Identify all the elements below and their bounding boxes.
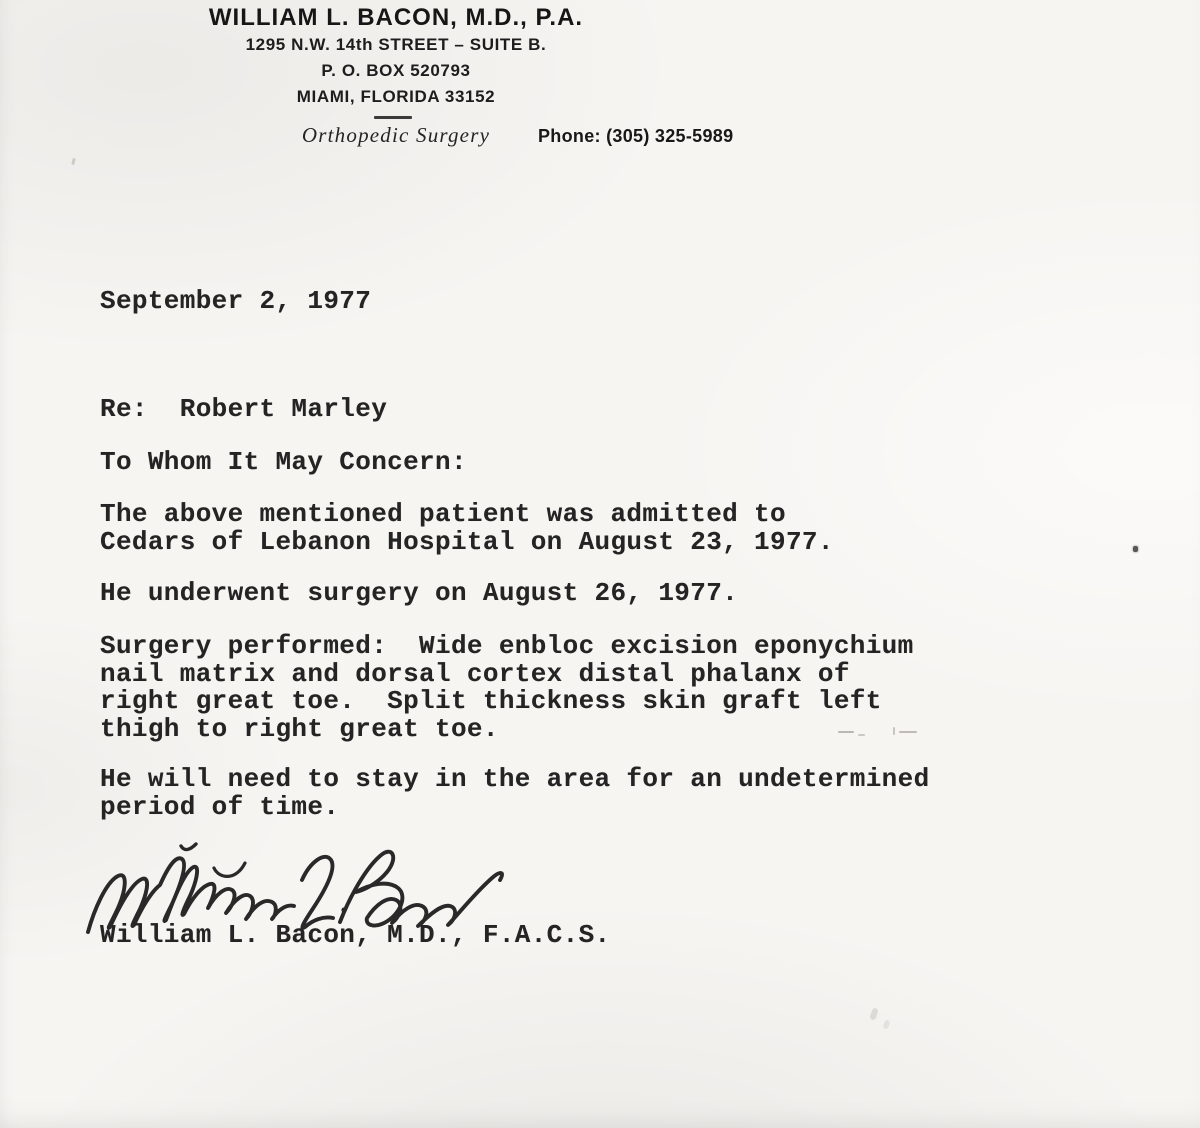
- scanned-letter-page: WILLIAM L. BACON, M.D., P.A. 1295 N.W. 1…: [0, 0, 1200, 1128]
- scan-artifact-smudge: [869, 1007, 878, 1020]
- scan-artifact-smudge: [883, 1019, 891, 1029]
- signature-typed-name: William L. Bacon, M.D., F.A.C.S.: [100, 922, 1030, 950]
- letter-salutation: To Whom It May Concern:: [100, 449, 1030, 477]
- letterhead-divider-rule: [374, 116, 412, 119]
- letter-paragraph-surgery-performed: Surgery performed: Wide enbloc excision …: [100, 633, 1030, 743]
- letter-paragraph-stay: He will need to stay in the area for an …: [100, 766, 1030, 821]
- letterhead-po-box: P. O. BOX 520793: [0, 61, 792, 81]
- scan-artifact-speck: [71, 158, 76, 166]
- letterhead-phone: Phone: (305) 325-5989: [538, 126, 733, 147]
- letter-paragraph-surgery-date: He underwent surgery on August 26, 1977.: [100, 580, 1030, 608]
- letter-re-line: Re: Robert Marley: [100, 396, 1030, 424]
- letterhead-street-address: 1295 N.W. 14th STREET – SUITE B.: [0, 35, 792, 55]
- letter-date: September 2, 1977: [100, 288, 1030, 316]
- letter-paragraph-admission: The above mentioned patient was admitted…: [100, 501, 1030, 556]
- letterhead-city-state-zip: MIAMI, FLORIDA 33152: [0, 87, 792, 107]
- letterhead-practice-name: WILLIAM L. BACON, M.D., P.A.: [0, 4, 792, 32]
- scan-artifact-dot: [1133, 546, 1138, 552]
